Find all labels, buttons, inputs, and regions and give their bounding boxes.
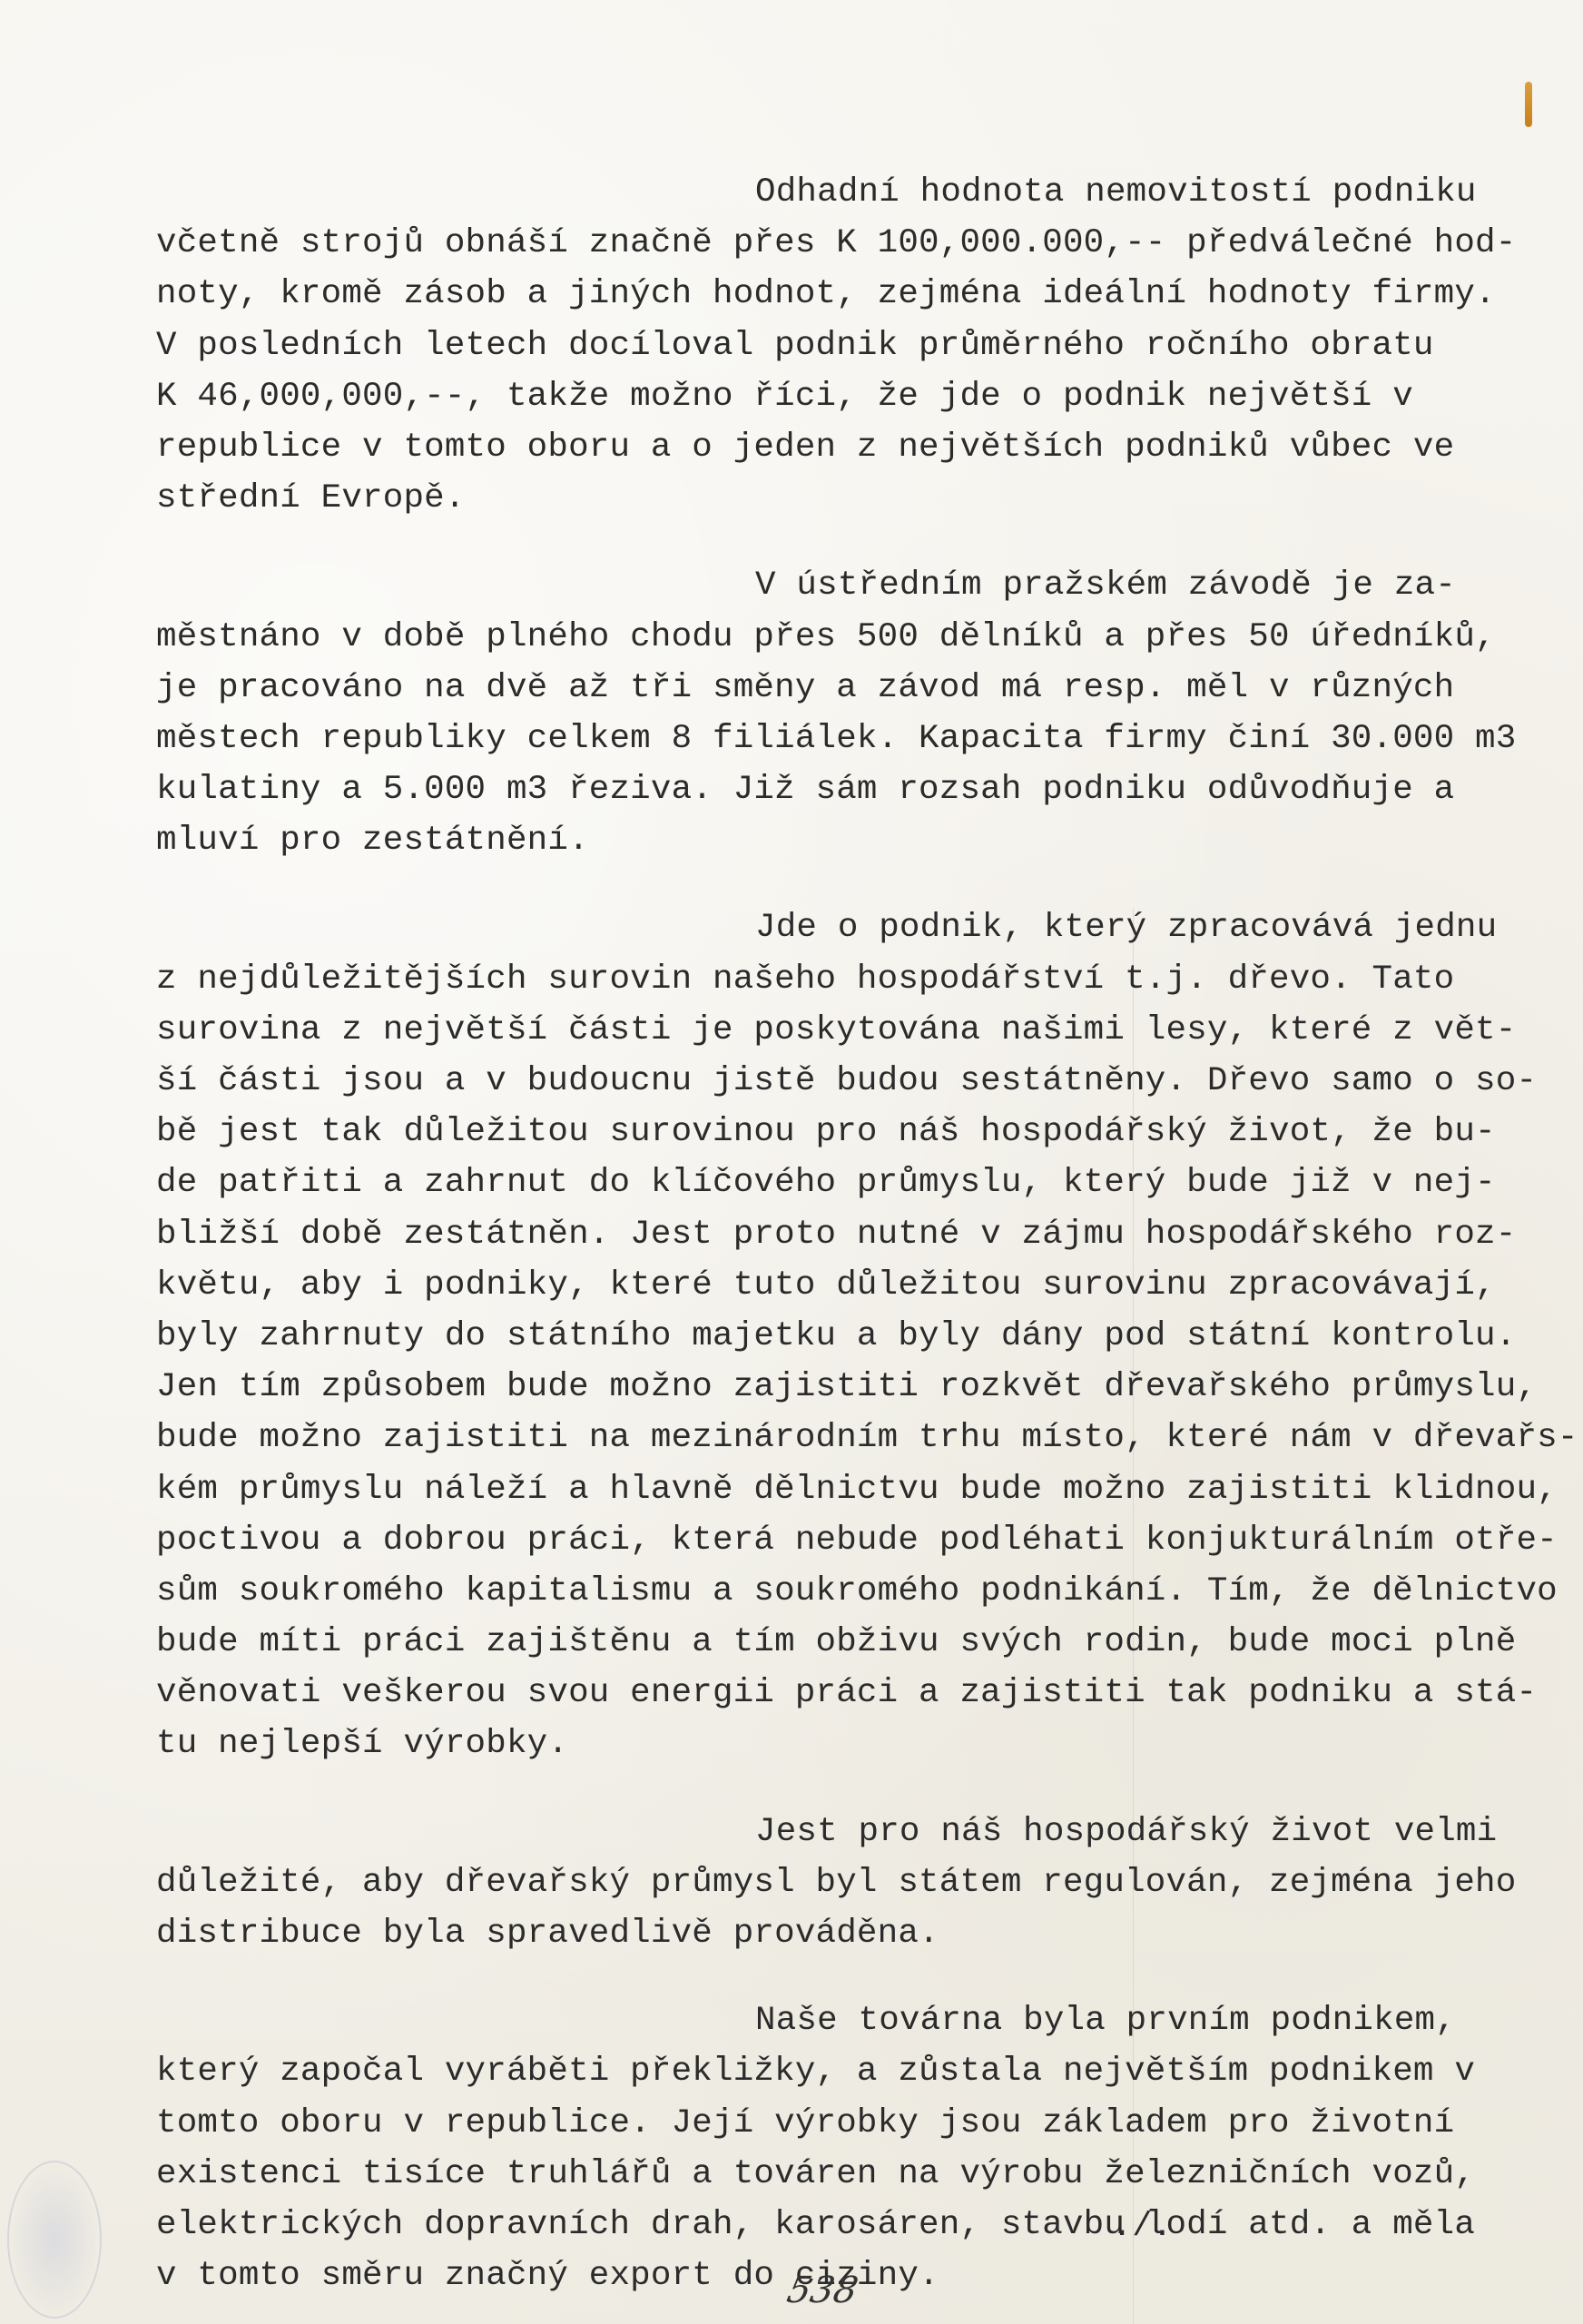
text-line: kulatiny a 5.000 m3 řeziva. Již sám rozs… (156, 764, 1572, 815)
text-line: je pracováno na dvě až tři směny a závod… (156, 663, 1572, 714)
text-line: který započal vyráběti překližky, a zůst… (156, 2046, 1572, 2097)
text-line: květu, aby i podniky, které tuto důležit… (156, 1260, 1572, 1311)
text-line: V posledních letech docíloval podnik prů… (156, 320, 1572, 371)
continuation-mark: ./. (1112, 2208, 1173, 2246)
text-line: republice v tomto oboru a o jeden z nejv… (156, 422, 1572, 473)
text-line: ší části jsou a v budoucnu jistě budou s… (156, 1056, 1572, 1107)
paragraph: Jde o podnik, který zpracovává jednuz ne… (156, 902, 1572, 1769)
paragraph: V ústředním pražském závodě je za-městná… (156, 560, 1572, 866)
text-line: včetně strojů obnáší značně přes K 100,0… (156, 218, 1572, 269)
text-line: de patřiti a zahrnut do klíčového průmys… (156, 1157, 1572, 1208)
text-line: kém průmyslu náleží a hlavně dělnictvu b… (156, 1464, 1572, 1515)
text-line: v tomto směru značný export do ciziny. (156, 2250, 1572, 2301)
paragraph: Odhadní hodnota nemovitostí podnikuvčetn… (156, 167, 1572, 524)
text-line: věnovati veškerou svou energii práci a z… (156, 1668, 1572, 1718)
text-line: bude míti práci zajištěnu a tím obživu s… (156, 1617, 1572, 1668)
text-line: Naše továrna byla prvním podnikem, (156, 1995, 1572, 2046)
text-line: byly zahrnuty do státního majetku a byly… (156, 1311, 1572, 1362)
text-line: bude možno zajistiti na mezinárodním trh… (156, 1413, 1572, 1463)
text-line: bě jest tak důležitou surovinou pro náš … (156, 1107, 1572, 1157)
text-line: bližší době zestátněn. Jest proto nutné … (156, 1209, 1572, 1260)
handwritten-folio-number: 538 (783, 2270, 861, 2311)
text-line: existenci tisíce truhlářů a továren na v… (156, 2149, 1572, 2200)
text-line: mluví pro zestátnění. (156, 815, 1572, 866)
text-line: Jest pro náš hospodářský život velmi (156, 1807, 1572, 1857)
text-line: poctivou a dobrou práci, která nebude po… (156, 1515, 1572, 1566)
text-line: K 46,000,000,--, takže možno říci, že jd… (156, 371, 1572, 422)
text-line: Jen tím způsobem bude možno zajistiti ro… (156, 1362, 1572, 1413)
text-line: distribuce byla spravedlivě prováděna. (156, 1908, 1572, 1959)
rust-stain (1525, 82, 1532, 127)
text-line: noty, kromě zásob a jiných hodnot, zejmé… (156, 269, 1572, 320)
paragraph: Naše továrna byla prvním podnikem,který … (156, 1995, 1572, 2301)
text-line: městech republiky celkem 8 filiálek. Kap… (156, 714, 1572, 764)
faded-stamp (7, 2161, 102, 2319)
text-line: tu nejlepší výrobky. (156, 1718, 1572, 1769)
text-line: V ústředním pražském závodě je za- (156, 560, 1572, 611)
text-line: Odhadní hodnota nemovitostí podniku (156, 167, 1572, 218)
text-line: střední Evropě. (156, 473, 1572, 524)
text-line: z nejdůležitějších surovin našeho hospod… (156, 954, 1572, 1005)
text-line: důležité, aby dřevařský průmysl byl stát… (156, 1857, 1572, 1908)
text-line: sům soukromého kapitalismu a soukromého … (156, 1566, 1572, 1617)
text-line: surovina z největší části je poskytována… (156, 1005, 1572, 1056)
text-line: městnáno v době plného chodu přes 500 dě… (156, 612, 1572, 663)
text-line: Jde o podnik, který zpracovává jednu (156, 902, 1572, 953)
paragraph: Jest pro náš hospodářský život velmidůle… (156, 1807, 1572, 1960)
typewritten-body: Odhadní hodnota nemovitostí podnikuvčetn… (156, 167, 1572, 2301)
text-line: tomto oboru v republice. Její výrobky js… (156, 2098, 1572, 2149)
text-line: elektrických dopravních drah, karosáren,… (156, 2200, 1572, 2250)
